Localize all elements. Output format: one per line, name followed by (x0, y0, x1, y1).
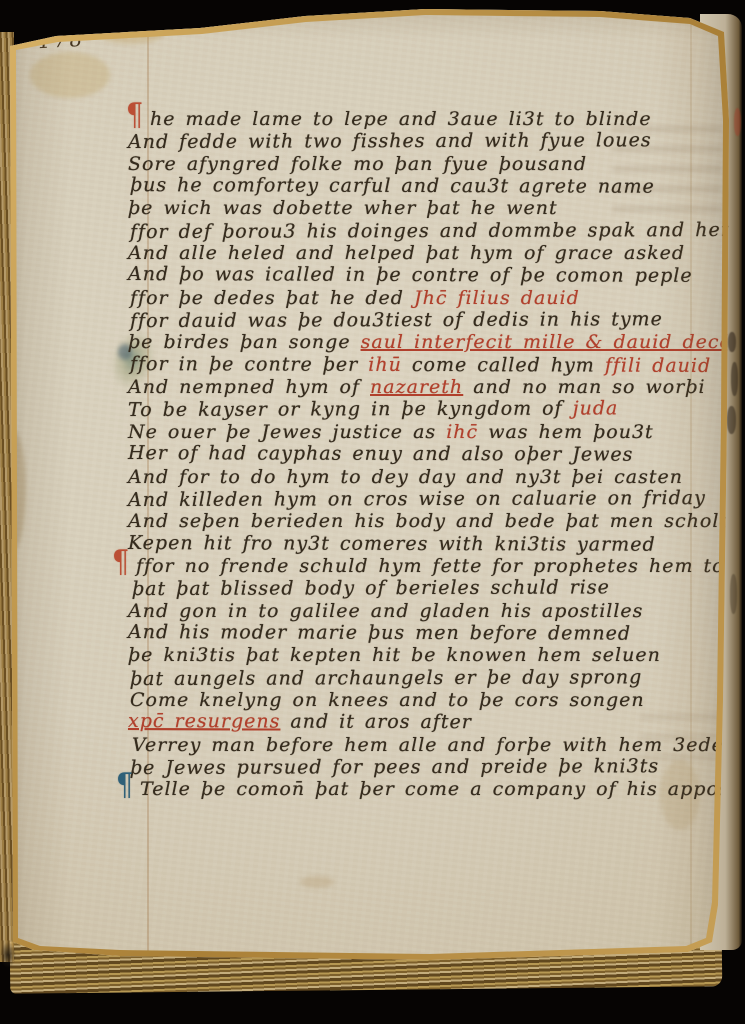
text-segment-ink: was hem þou3t (478, 421, 654, 443)
under-page-ink-mark (731, 362, 738, 396)
text-segment-ink: þe Jewes pursued for pees and preide þe … (130, 755, 659, 779)
manuscript-line: þe kni3tis þat kepten hit be knowen hem … (128, 644, 728, 666)
stain (300, 876, 334, 888)
manuscript-line: And alle heled and helped þat hym of gra… (128, 242, 728, 264)
text-segment-ink: Kepen hit fro ny3t comeres with kni3tis … (128, 532, 656, 556)
manuscript-photo: 178 ¶he made lame to lepe and 3aue li3t … (0, 0, 745, 1024)
text-segment-ink: þus he comfortey carful and cau3t agrete… (130, 174, 655, 198)
manuscript-line: xpc̄ resurgens and it aros after (128, 710, 728, 734)
text-segment-ink: Verrey man before hem alle and forþe wit… (132, 734, 724, 756)
text-segment-ink: þat þat blissed body of berieles schuld … (132, 577, 610, 601)
text-segment-ink: And killeden hym on cros wise on caluari… (128, 487, 706, 511)
manuscript-line: Her of had cayphas enuy and also oþer Je… (128, 442, 728, 466)
text-segment-ink: ffor def þorou3 his doinges and dommbe s… (130, 219, 745, 243)
under-page-red-mark (734, 108, 741, 136)
text-segment-ink: Sore afyngred folke mo þan fyue þousand (128, 153, 587, 175)
manuscript-line: ffor þe dedes þat he ded Jhc̄ filius dau… (130, 287, 728, 309)
manuscript-line: Kepen hit fro ny3t comeres with kni3tis … (128, 532, 728, 556)
text-segment-red: ffili dauid (605, 354, 711, 376)
manuscript-line: Ne ouer þe Jewes justice as ihc̄ was hem… (128, 421, 728, 443)
manuscript-line: And killeden hym on cros wise on caluari… (128, 487, 728, 511)
manuscript-line: And seþen berieden his body and bede þat… (128, 510, 728, 532)
text-segment-ink: And gon in to galilee and gladen his apo… (128, 600, 643, 622)
text-segment-ink: And þo was icalled in þe contre of þe co… (128, 263, 693, 287)
text-segment-ink: And his moder marie þus men before demne… (128, 621, 631, 645)
text-segment-ink: þe wich was dobette wher þat he went (128, 197, 558, 219)
manuscript-line: And fedde with two fisshes and with fyue… (128, 129, 728, 153)
manuscript-line: þe birdes þan songe saul interfecit mill… (128, 331, 728, 353)
text-segment-ink: And for to do hym to dey day and ny3t þe… (128, 466, 683, 488)
stain (30, 52, 110, 98)
manuscript-line: Come knelyng on knees and to þe cors son… (130, 689, 728, 711)
manuscript-line: ¶ffor no frende schuld hym fette for pro… (136, 555, 728, 577)
stain (96, 18, 166, 44)
manuscript-line: þe wich was dobette wher þat he went (128, 197, 728, 219)
text-segment-red: ihc̄ (446, 421, 478, 443)
text-segment-red: xpc̄ resurgens (128, 710, 280, 732)
under-page-ink-mark (728, 332, 736, 352)
text-segment-ink: þe kni3tis þat kepten hit be knowen hem … (128, 644, 661, 666)
manuscript-line: ffor def þorou3 his doinges and dommbe s… (130, 219, 728, 243)
manuscript-line: And nempned hym of nazareth and no man s… (128, 376, 728, 398)
manuscript-line: And þo was icalled in þe contre of þe co… (128, 263, 728, 287)
manuscript-line: Sore afyngred folke mo þan fyue þousand (128, 153, 728, 175)
text-segment-red: Jhc̄ filius dauid (414, 287, 580, 309)
text-segment-ink: And alle heled and helped þat hym of gra… (128, 242, 685, 264)
text-segment-ink: And fedde with two fisshes and with fyue… (128, 130, 652, 154)
text-segment-ink: And nempned hym of (128, 376, 370, 398)
under-page-ink-mark (730, 574, 737, 614)
manuscript-line: And gon in to galilee and gladen his apo… (128, 600, 728, 622)
paraph-mark-red: ¶ (112, 550, 130, 576)
text-block: ¶he made lame to lepe and 3aue li3t to b… (128, 108, 728, 801)
text-segment-ink: Ne ouer þe Jewes justice as (128, 421, 446, 443)
manuscript-line: þat þat blissed body of berieles schuld … (132, 576, 728, 600)
text-segment-ink: ffor dauid was þe dou3tiest of dedis in … (130, 308, 663, 332)
text-segment-ink: ffor no frende schuld hym fette for prop… (136, 555, 745, 577)
manuscript-line: ¶Telle þe comon̄ þat þer come a company … (140, 778, 728, 800)
manuscript-line: And for to do hym to dey day and ny3t þe… (128, 466, 728, 488)
text-segment-ink: Come knelyng on knees and to þe cors son… (130, 689, 645, 711)
text-segment-ink: and it aros after (280, 711, 472, 734)
text-segment-ink: Telle þe comon̄ þat þer come a company o… (140, 778, 745, 800)
text-segment-ink: To be kayser or kyng in þe kyngdom of (128, 398, 573, 422)
text-segment-ink: he made lame to lepe and 3aue li3t to bl… (150, 108, 652, 130)
text-segment-ink: ffor in þe contre þer (130, 353, 368, 376)
text-segment-ink: come called hym (402, 354, 605, 377)
manuscript-line: þe Jewes pursued for pees and preide þe … (130, 755, 728, 779)
text-segment-ink: Her of had cayphas enuy and also oþer Je… (128, 442, 633, 466)
manuscript-line: ffor in þe contre þer ihū come called h… (130, 353, 728, 377)
text-segment-ink: and no man so worþi (463, 376, 705, 398)
text-segment-red: ihū (368, 354, 402, 376)
under-page-ink-mark (727, 406, 736, 434)
text-segment-red: nazareth (370, 376, 463, 398)
manuscript-line: þat aungels and archaungels er þe day sp… (130, 666, 728, 690)
paraph-mark-red: ¶ (126, 103, 144, 129)
manuscript-line: To be kayser or kyng in þe kyngdom of ju… (128, 397, 728, 421)
paraph-mark-blue: ¶ (116, 774, 134, 800)
manuscript-page: 178 ¶he made lame to lepe and 3aue li3t … (0, 0, 745, 1024)
manuscript-line: ffor dauid was þe dou3tiest of dedis in … (130, 308, 728, 332)
folio-number: 178 (37, 27, 85, 53)
left-edge-smudge (0, 942, 16, 968)
text-segment-red: saul interfecit mille & dauid decē mill… (361, 331, 745, 353)
text-segment-red: juda (573, 398, 619, 420)
manuscript-line: ¶he made lame to lepe and 3aue li3t to b… (150, 108, 728, 130)
manuscript-line: Verrey man before hem alle and forþe wit… (132, 734, 728, 756)
text-segment-ink: ffor þe dedes þat he ded (130, 287, 414, 309)
manuscript-line: And his moder marie þus men before demne… (128, 621, 728, 645)
manuscript-line: þus he comfortey carful and cau3t agrete… (130, 174, 728, 198)
text-segment-ink: þat aungels and archaungels er þe day sp… (130, 666, 642, 690)
text-segment-ink: þe birdes þan songe (128, 331, 361, 353)
text-segment-ink: And seþen berieden his body and bede þat… (128, 510, 745, 532)
